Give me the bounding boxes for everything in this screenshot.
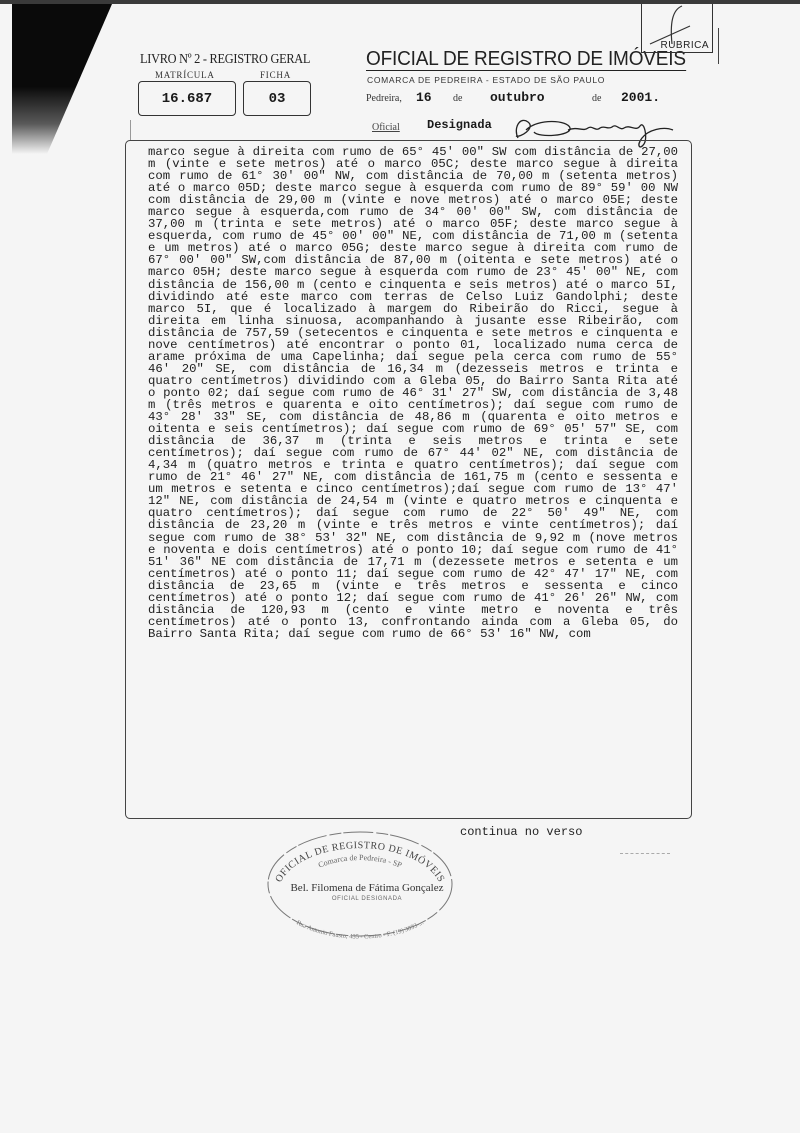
de-label-2: de [592,93,601,104]
stamp-name: Bel. Filomena de Fátima Gonçalez [272,882,462,894]
matricula-label: MATRÍCULA [155,70,215,80]
date-line: Pedreira, 16 de outubro de 2001. [366,90,686,108]
scan-shadow-artifact [12,4,112,154]
matricula-value: 16.687 [138,81,236,116]
stamp-role: OFICIAL DESIGNADA [272,896,462,902]
date-day: 16 [416,90,432,105]
office-title: OFICIAL DE REGISTRO DE IMÓVEIS [366,48,686,71]
oficial-designada: Designada [427,118,492,132]
continua-no-verso: continua no verso [460,825,582,839]
registry-text: marco segue à direita com rumo de 65° 45… [148,146,678,640]
rubrica-label: RUBRICA [660,40,709,51]
oficial-label: Oficial [372,122,400,133]
svg-text:Rua Antonio Fausto, 435 - Cent: Rua Antonio Fausto, 435 - Centro - F. (1… [295,919,425,941]
ficha-value: 03 [243,81,311,116]
date-month: outubro [490,90,545,105]
margin-mark [718,28,719,64]
stamp-top-text: OFICIAL DE REGISTRO DE IMÓVEIS [273,840,446,884]
de-label-1: de [453,93,462,104]
rubrica-box: RUBRICA [641,4,713,53]
city-label: Pedreira, [366,93,402,104]
livro-label: LIVRO Nº 2 - REGISTRO GERAL [140,52,316,68]
ficha-label: FICHA [260,70,291,80]
date-year: 2001. [621,90,660,105]
stamp-sub-text: Comarca de Pedreira - SP [317,853,404,870]
divider [620,853,670,855]
stamp-bottom-text: Rua Antonio Fausto, 435 - Centro - F. (1… [295,919,425,941]
margin-mark [130,120,131,140]
registry-paragraph: marco segue à direita com rumo de 65° 45… [148,146,678,640]
svg-text:Comarca de Pedreira - SP: Comarca de Pedreira - SP [317,853,404,870]
svg-text:OFICIAL DE REGISTRO DE IMÓVEIS: OFICIAL DE REGISTRO DE IMÓVEIS [273,840,446,884]
comarca-label: COMARCA DE PEDREIRA - ESTADO DE SÃO PAUL… [367,75,605,85]
